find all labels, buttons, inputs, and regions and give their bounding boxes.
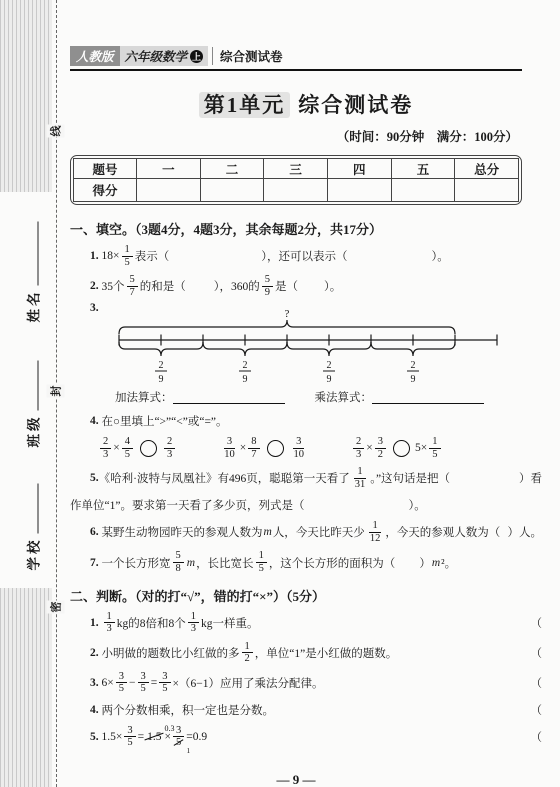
sidebar-school-label: 学校 — [27, 538, 42, 571]
question-number: 6. — [90, 526, 99, 538]
question-line: 7. 一个长方形宽58m，长比宽长15，这个长方形的面积为（）m²。 — [90, 550, 542, 574]
question-text: 18× — [99, 250, 120, 262]
score-cell-empty — [455, 179, 519, 202]
fraction: 15 — [429, 436, 440, 460]
fraction-numerator: 3 — [224, 436, 235, 449]
question-number: 2. — [90, 280, 99, 292]
grade-text: 六年级数学 — [125, 47, 188, 65]
question-text: 乘法算式： — [315, 389, 373, 405]
question-number: 3. — [90, 302, 99, 314]
score-cell-empty — [264, 179, 328, 202]
question-text: ） — [419, 555, 431, 571]
question-text: = — [138, 731, 145, 743]
question-text: ）。 — [432, 248, 449, 264]
fraction-denominator: 5 — [138, 683, 149, 695]
section-heading: 一、填空。（3题4分，4题3分，其余每题2分，共17分） — [70, 219, 542, 238]
question-text: 《哈利·波特与凤凰社》有496页，聪聪第一天看了 — [99, 470, 350, 486]
unit-highlight: 第1单元 — [199, 92, 291, 118]
fraction-denominator: 5 — [256, 563, 267, 575]
sidebar-school-field: 学校 — [23, 484, 43, 571]
question-text: × — [240, 442, 247, 454]
fraction-numerator: 5 — [127, 274, 138, 287]
fraction-numerator: 3 — [173, 725, 184, 738]
math-variable: m — [263, 526, 273, 538]
question-text: ，单位“1”是小红做的题数。 — [255, 645, 397, 661]
page-number: — 9 — — [70, 772, 522, 787]
fraction-denominator: 5 — [159, 683, 170, 695]
school-write-line — [25, 484, 39, 534]
fraction-denominator: 7 — [127, 287, 138, 299]
grade-label: 六年级数学 上 — [120, 46, 209, 66]
fraction-denominator: 10 — [291, 449, 308, 461]
fraction: 57 — [127, 274, 138, 298]
question-text: ）。 — [324, 278, 341, 294]
question-text: （ — [531, 675, 543, 691]
question-text: ）看 — [519, 470, 542, 486]
compare-circle — [267, 440, 284, 457]
fraction-numerator: 3 — [138, 671, 149, 684]
question-number: 5. — [90, 731, 99, 743]
question-text: 加法算式： — [115, 389, 173, 405]
fraction: 23 — [353, 436, 364, 460]
fraction: 310 — [291, 436, 308, 460]
question-line: 3. 6×35−35=35×（6−1）应用了乘法分配律。（ — [90, 671, 542, 695]
fraction-denominator: 5 — [124, 737, 135, 749]
question-line: 4. 在○里填上“>”“<”或“=”。 — [90, 412, 542, 430]
question-text — [99, 617, 102, 629]
score-table-header-cell: 五 — [391, 159, 455, 179]
fraction: 12 — [242, 641, 253, 665]
fraction-numerator: 2 — [353, 436, 364, 449]
page-header: 人教版 六年级数学 上 综合测试卷 — [70, 46, 522, 71]
score-cell-empty — [137, 179, 201, 202]
fraction-numerator: 1 — [242, 641, 253, 654]
question-text: ，长比宽长 — [196, 555, 254, 571]
fraction-denominator: 3 — [100, 449, 111, 461]
fraction-denominator: 3 — [188, 623, 199, 635]
question-line: 1. 18×15表示（），还可以表示（）。 — [90, 244, 542, 268]
exam-info: （时间：90分钟 满分：100分） — [70, 127, 542, 145]
fraction-numerator: 5 — [173, 550, 184, 563]
fraction: 87 — [248, 436, 259, 460]
score-table-header-cell: 三 — [264, 159, 328, 179]
score-table-header-cell: 一 — [137, 159, 201, 179]
fraction-denominator: 3 — [164, 449, 175, 461]
question-text: = — [151, 677, 158, 689]
binding-stripes-top — [0, 0, 52, 192]
fraction: 58 — [173, 550, 184, 574]
fraction-numerator: 5 — [262, 274, 273, 287]
question-text: 小明做的题数比小红做的多 — [99, 645, 240, 661]
fraction: 32 — [375, 436, 386, 460]
score-table-box: 题号一二三四五总分 得分 — [70, 155, 522, 205]
fraction: 15 — [256, 550, 267, 574]
question-number: 7. — [90, 557, 99, 569]
question-text: （ — [531, 729, 543, 745]
question-text: 作单位“1”。要求第一天看了多少页，列式是（ — [70, 497, 304, 513]
fraction: 35 — [159, 671, 170, 695]
seal-char-feng: 封 — [47, 385, 65, 398]
score-table-header-cell: 题号 — [74, 159, 137, 179]
fraction-numerator: 1 — [256, 550, 267, 563]
fraction-denominator: 3 — [353, 449, 364, 461]
question-number: 1. — [90, 617, 99, 629]
question-text: 是（ — [275, 278, 298, 294]
question-text: 。”这句话是把（ — [370, 470, 450, 486]
fraction-denominator: 31 — [352, 479, 369, 491]
fraction-numerator: 1 — [188, 611, 199, 624]
question-text: × — [113, 442, 120, 454]
fraction: 13 — [104, 611, 115, 635]
question-text: ×（6−1）应用了乘法分配律。 — [173, 675, 324, 691]
question-line: 3.?29292929 — [90, 302, 542, 386]
question-text: × — [366, 442, 373, 454]
score-row-label: 得分 — [74, 179, 137, 202]
score-cell-empty — [391, 179, 455, 202]
edition-badge: 人教版 — [70, 46, 120, 66]
fraction-denominator: 2 — [375, 449, 386, 461]
question-line: 23×4523310×8731023×325×15 — [98, 436, 542, 460]
score-table-header-row: 题号一二三四五总分 — [74, 159, 519, 179]
fraction: 35 — [124, 725, 135, 749]
question-line: 2. 小明做的题数比小红做的多12，单位“1”是小红做的题数。（ — [90, 641, 542, 665]
fraction-numerator: 3 — [375, 436, 386, 449]
fraction-numerator: 2 — [164, 436, 175, 449]
diagram-fraction-denominator: 9 — [410, 374, 415, 385]
fraction: 45 — [122, 436, 133, 460]
compare-circle — [393, 440, 410, 457]
seal-char-line: 线 — [47, 125, 65, 138]
math-variable: m — [186, 557, 196, 569]
diagram-fraction-denominator: 9 — [158, 374, 163, 385]
fraction: 351 — [173, 725, 184, 749]
question-text: 一个长方形宽 — [99, 555, 171, 571]
question-line: 5.《哈利·波特与凤凰社》有496页，聪聪第一天看了131。”这句话是把（）看 — [90, 466, 542, 490]
fraction-numerator: 3 — [124, 725, 135, 738]
fraction-numerator: 3 — [293, 436, 304, 449]
diagram-fraction-denominator: 9 — [326, 374, 331, 385]
question-line: 1. 13kg的8倍和8个13kg一样重。（ — [90, 611, 542, 635]
question-text: 5× — [415, 442, 427, 454]
diagram-question-mark: ? — [284, 308, 289, 320]
cancel-result-note: 1 — [187, 747, 191, 755]
question-text: ）。 — [408, 497, 425, 513]
fraction: 35 — [138, 671, 149, 695]
diagram-fraction-numerator: 2 — [158, 360, 163, 371]
sidebar-name-label: 姓名 — [27, 290, 42, 323]
question-text: （ — [531, 645, 543, 661]
fraction: 15 — [122, 244, 133, 268]
fraction: 131 — [352, 466, 369, 490]
question-line: 加法算式：乘法算式： — [115, 388, 542, 406]
binding-stripes-bottom — [0, 588, 52, 787]
question-text: 6× — [99, 677, 114, 689]
fraction-numerator: 1 — [354, 466, 365, 479]
question-text: kg的8倍和8个 — [117, 615, 186, 631]
question-text: ），360的 — [214, 278, 260, 294]
question-text: （ — [531, 702, 543, 718]
fraction-denominator: 5 — [122, 257, 133, 269]
fraction-denominator: 3 — [104, 623, 115, 635]
volume-badge-icon: 上 — [190, 50, 203, 63]
fraction-numerator: 3 — [116, 671, 127, 684]
cancelled-number: 1.50.3 — [147, 731, 161, 743]
title-rest: 综合测试卷 — [298, 93, 413, 117]
write-line — [173, 391, 285, 404]
fraction-numerator: 1 — [429, 436, 440, 449]
question-line: 作单位“1”。要求第一天看了多少页，列式是（）。 — [70, 496, 542, 514]
diagram-fraction-numerator: 2 — [242, 360, 247, 371]
question-line: 4. 两个分数相乘，积一定也是分数。（ — [90, 701, 542, 719]
number-line-diagram: ?29292929 — [105, 302, 515, 386]
question-text: （ — [531, 615, 543, 631]
sidebar-name-field: 姓名 — [23, 222, 43, 323]
fraction: 35 — [116, 671, 127, 695]
cancel-result-note: 0.3 — [165, 724, 175, 733]
score-cell-empty — [327, 179, 391, 202]
fraction-numerator: 1 — [104, 611, 115, 624]
diagram-fraction-numerator: 2 — [326, 360, 331, 371]
sidebar-class-field: 班级 — [23, 361, 43, 448]
page-content: 人教版 六年级数学 上 综合测试卷 第1单元综合测试卷 （时间：90分钟 满分：… — [70, 46, 542, 787]
fraction: 13 — [188, 611, 199, 635]
fraction-denominator: 51 — [173, 737, 184, 749]
question-text: ）人。 — [508, 524, 543, 540]
question-text: 的和是（ — [140, 278, 186, 294]
question-text: ，今天的参观人数为（ — [385, 524, 500, 540]
question-line: 2. 35个57的和是（），360的59是（）。 — [90, 274, 542, 298]
score-table-header-cell: 四 — [327, 159, 391, 179]
sidebar-class-label: 班级 — [27, 415, 42, 448]
series-label: 综合测试卷 — [212, 47, 290, 65]
class-write-line — [25, 361, 39, 411]
fraction-numerator: 2 — [100, 436, 111, 449]
question-number: 1. — [90, 250, 99, 262]
question-text: 人，今天比昨天少 — [273, 524, 365, 540]
fraction: 23 — [164, 436, 175, 460]
question-text: 某野生动物园昨天的参观人数为 — [99, 524, 263, 540]
question-number: 5. — [90, 472, 99, 484]
fraction: 59 — [262, 274, 273, 298]
score-cell-empty — [200, 179, 264, 202]
section-1: 一、填空。（3题4分，4题3分，其余每题2分，共17分）1. 18×15表示（）… — [70, 219, 542, 575]
question-text: 1.5× — [99, 731, 123, 743]
fraction: 112 — [367, 520, 384, 544]
question-text: 两个分数相乘，积一定也是分数。 — [99, 702, 274, 718]
question-text: ），还可以表示（ — [261, 248, 347, 264]
question-number: 4. — [90, 415, 99, 427]
fraction-denominator: 5 — [122, 449, 133, 461]
name-write-line — [25, 222, 39, 286]
fraction-denominator: 5 — [116, 683, 127, 695]
question-text: 在○里填上“>”“<”或“=”。 — [99, 413, 228, 429]
fraction-denominator: 12 — [367, 533, 384, 545]
question-text: 表示（ — [135, 248, 170, 264]
section-2: 二、判断。（对的打“√”，错的打“×”）（5分）1. 13kg的8倍和8个13k… — [70, 586, 542, 749]
diagram-fraction-denominator: 9 — [242, 374, 247, 385]
fraction-denominator: 7 — [248, 449, 259, 461]
fraction-denominator: 8 — [173, 563, 184, 575]
question-number: 3. — [90, 677, 99, 689]
question-line: 5. 1.5×35=1.50.3×351=0.9（ — [90, 725, 542, 749]
seal-char-mi: 密 — [47, 601, 65, 614]
question-text: 35个 — [99, 278, 125, 294]
fraction-denominator: 10 — [221, 449, 238, 461]
score-table-score-row: 得分 — [74, 179, 519, 202]
score-table-header-cell: 二 — [200, 159, 264, 179]
fraction-numerator: 8 — [248, 436, 259, 449]
question-text: ，这个长方形的面积为（ — [269, 555, 396, 571]
fraction: 310 — [221, 436, 238, 460]
fraction-denominator: 5 — [429, 449, 440, 461]
question-number: 2. — [90, 647, 99, 659]
fraction-denominator: 2 — [242, 653, 253, 665]
question-text: =0.9 — [186, 731, 207, 743]
question-text: kg一样重。 — [201, 615, 259, 631]
fraction-numerator: 4 — [122, 436, 133, 449]
question-sections: 一、填空。（3题4分，4题3分，其余每题2分，共17分）1. 18×15表示（）… — [70, 219, 542, 749]
fraction-denominator: 9 — [262, 287, 273, 299]
section-heading: 二、判断。（对的打“√”，错的打“×”）（5分） — [70, 586, 542, 605]
math-variable: m — [431, 557, 441, 569]
fraction: 23 — [100, 436, 111, 460]
fraction-numerator: 1 — [369, 520, 380, 533]
compare-circle — [140, 440, 157, 457]
write-line — [372, 391, 484, 404]
fraction-numerator: 1 — [122, 244, 133, 257]
diagram-fraction-numerator: 2 — [410, 360, 415, 371]
question-line: 6. 某野生动物园昨天的参观人数为m人，今天比昨天少112，今天的参观人数为（）… — [90, 520, 542, 544]
fraction-numerator: 3 — [159, 671, 170, 684]
score-table-header-cell: 总分 — [455, 159, 519, 179]
question-text: − — [129, 677, 136, 689]
page-title: 第1单元综合测试卷 — [70, 89, 542, 119]
question-text: ²。 — [441, 555, 456, 571]
question-number: 4. — [90, 704, 99, 716]
score-table: 题号一二三四五总分 得分 — [73, 158, 519, 202]
